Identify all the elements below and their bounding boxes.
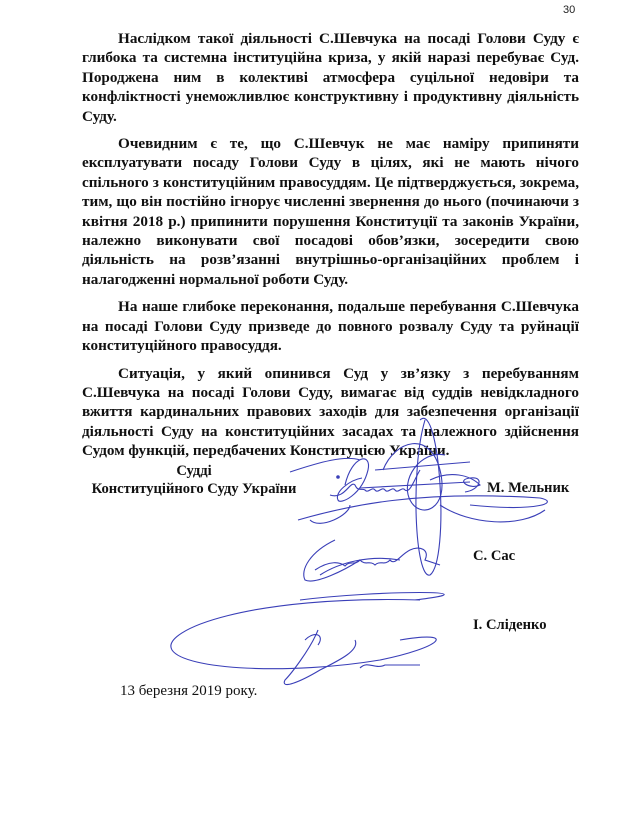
signature-block-title: Судді Конституційного Суду України xyxy=(88,462,300,498)
signer-name: І. Сліденко xyxy=(473,617,547,634)
paragraph: На наше глибоке переконання, подальше пе… xyxy=(82,297,579,355)
judges-label: Судді xyxy=(88,462,300,480)
signature-sas xyxy=(304,540,440,581)
page-number: 30 xyxy=(563,4,575,16)
paragraph: Наслідком такої діяльності С.Шевчука на … xyxy=(82,29,579,126)
paragraph: Ситуація, у який опинився Суд у зв’язку … xyxy=(82,364,579,461)
signature-slidenko xyxy=(171,593,444,685)
paragraph: Очевидним є те, що С.Шевчук не має намір… xyxy=(82,134,579,289)
signer-name: М. Мельник xyxy=(487,480,569,497)
document-body: Наслідком такої діяльності С.Шевчука на … xyxy=(82,29,579,469)
document-date: 13 березня 2019 року. xyxy=(120,683,257,700)
court-label: Конституційного Суду України xyxy=(88,480,300,498)
signer-name: С. Сас xyxy=(473,548,515,565)
